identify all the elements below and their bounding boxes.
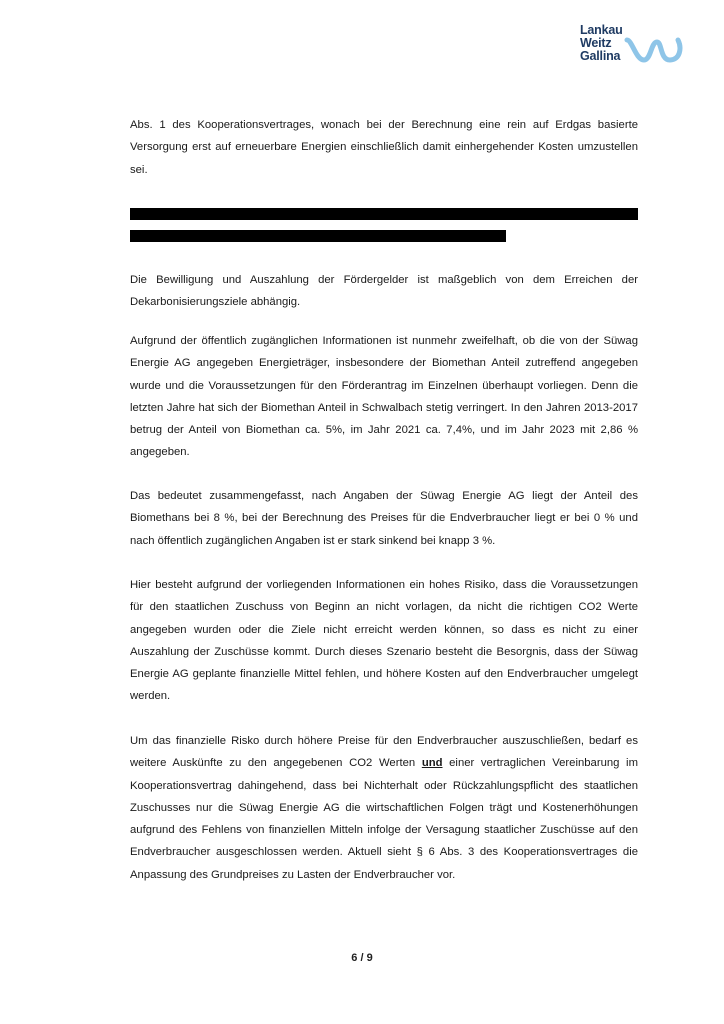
- paragraph-4-block: Das bedeutet zusammengefasst, nach Angab…: [130, 485, 638, 552]
- redaction-bar-2: [130, 230, 506, 242]
- paragraph-6-part-2: einer vertraglichen Vereinbarung im Koop…: [130, 757, 638, 880]
- paragraph-5: Hier besteht aufgrund der vorliegenden I…: [130, 574, 638, 708]
- emphasis-und: und: [422, 757, 443, 769]
- paragraph-4: Das bedeutet zusammengefasst, nach Angab…: [130, 485, 638, 552]
- paragraph-5-block: Hier besteht aufgrund der vorliegenden I…: [130, 574, 638, 708]
- company-logo: Lankau Weitz Gallina: [580, 24, 690, 68]
- paragraph-1: Abs. 1 des Kooperationsvertrages, wonach…: [130, 114, 638, 181]
- logo-line-3: Gallina: [580, 50, 623, 63]
- paragraph-2-block: Die Bewilligung und Auszahlung der Förde…: [130, 269, 638, 314]
- wave-logo-icon: [624, 34, 686, 64]
- paragraph-2: Die Bewilligung und Auszahlung der Förde…: [130, 269, 638, 314]
- paragraph-3-block: Aufgrund der öffentlich zugänglichen Inf…: [130, 330, 638, 464]
- paragraph-3: Aufgrund der öffentlich zugänglichen Inf…: [130, 330, 638, 464]
- logo-text: Lankau Weitz Gallina: [580, 24, 623, 63]
- paragraph-6-block: Um das finanzielle Risko durch höhere Pr…: [130, 730, 638, 886]
- paragraph-1-block: Abs. 1 des Kooperationsvertrages, wonach…: [130, 114, 638, 181]
- page-number: 6 / 9: [0, 952, 724, 964]
- paragraph-6: Um das finanzielle Risko durch höhere Pr…: [130, 730, 638, 886]
- redaction-bar-1: [130, 208, 638, 220]
